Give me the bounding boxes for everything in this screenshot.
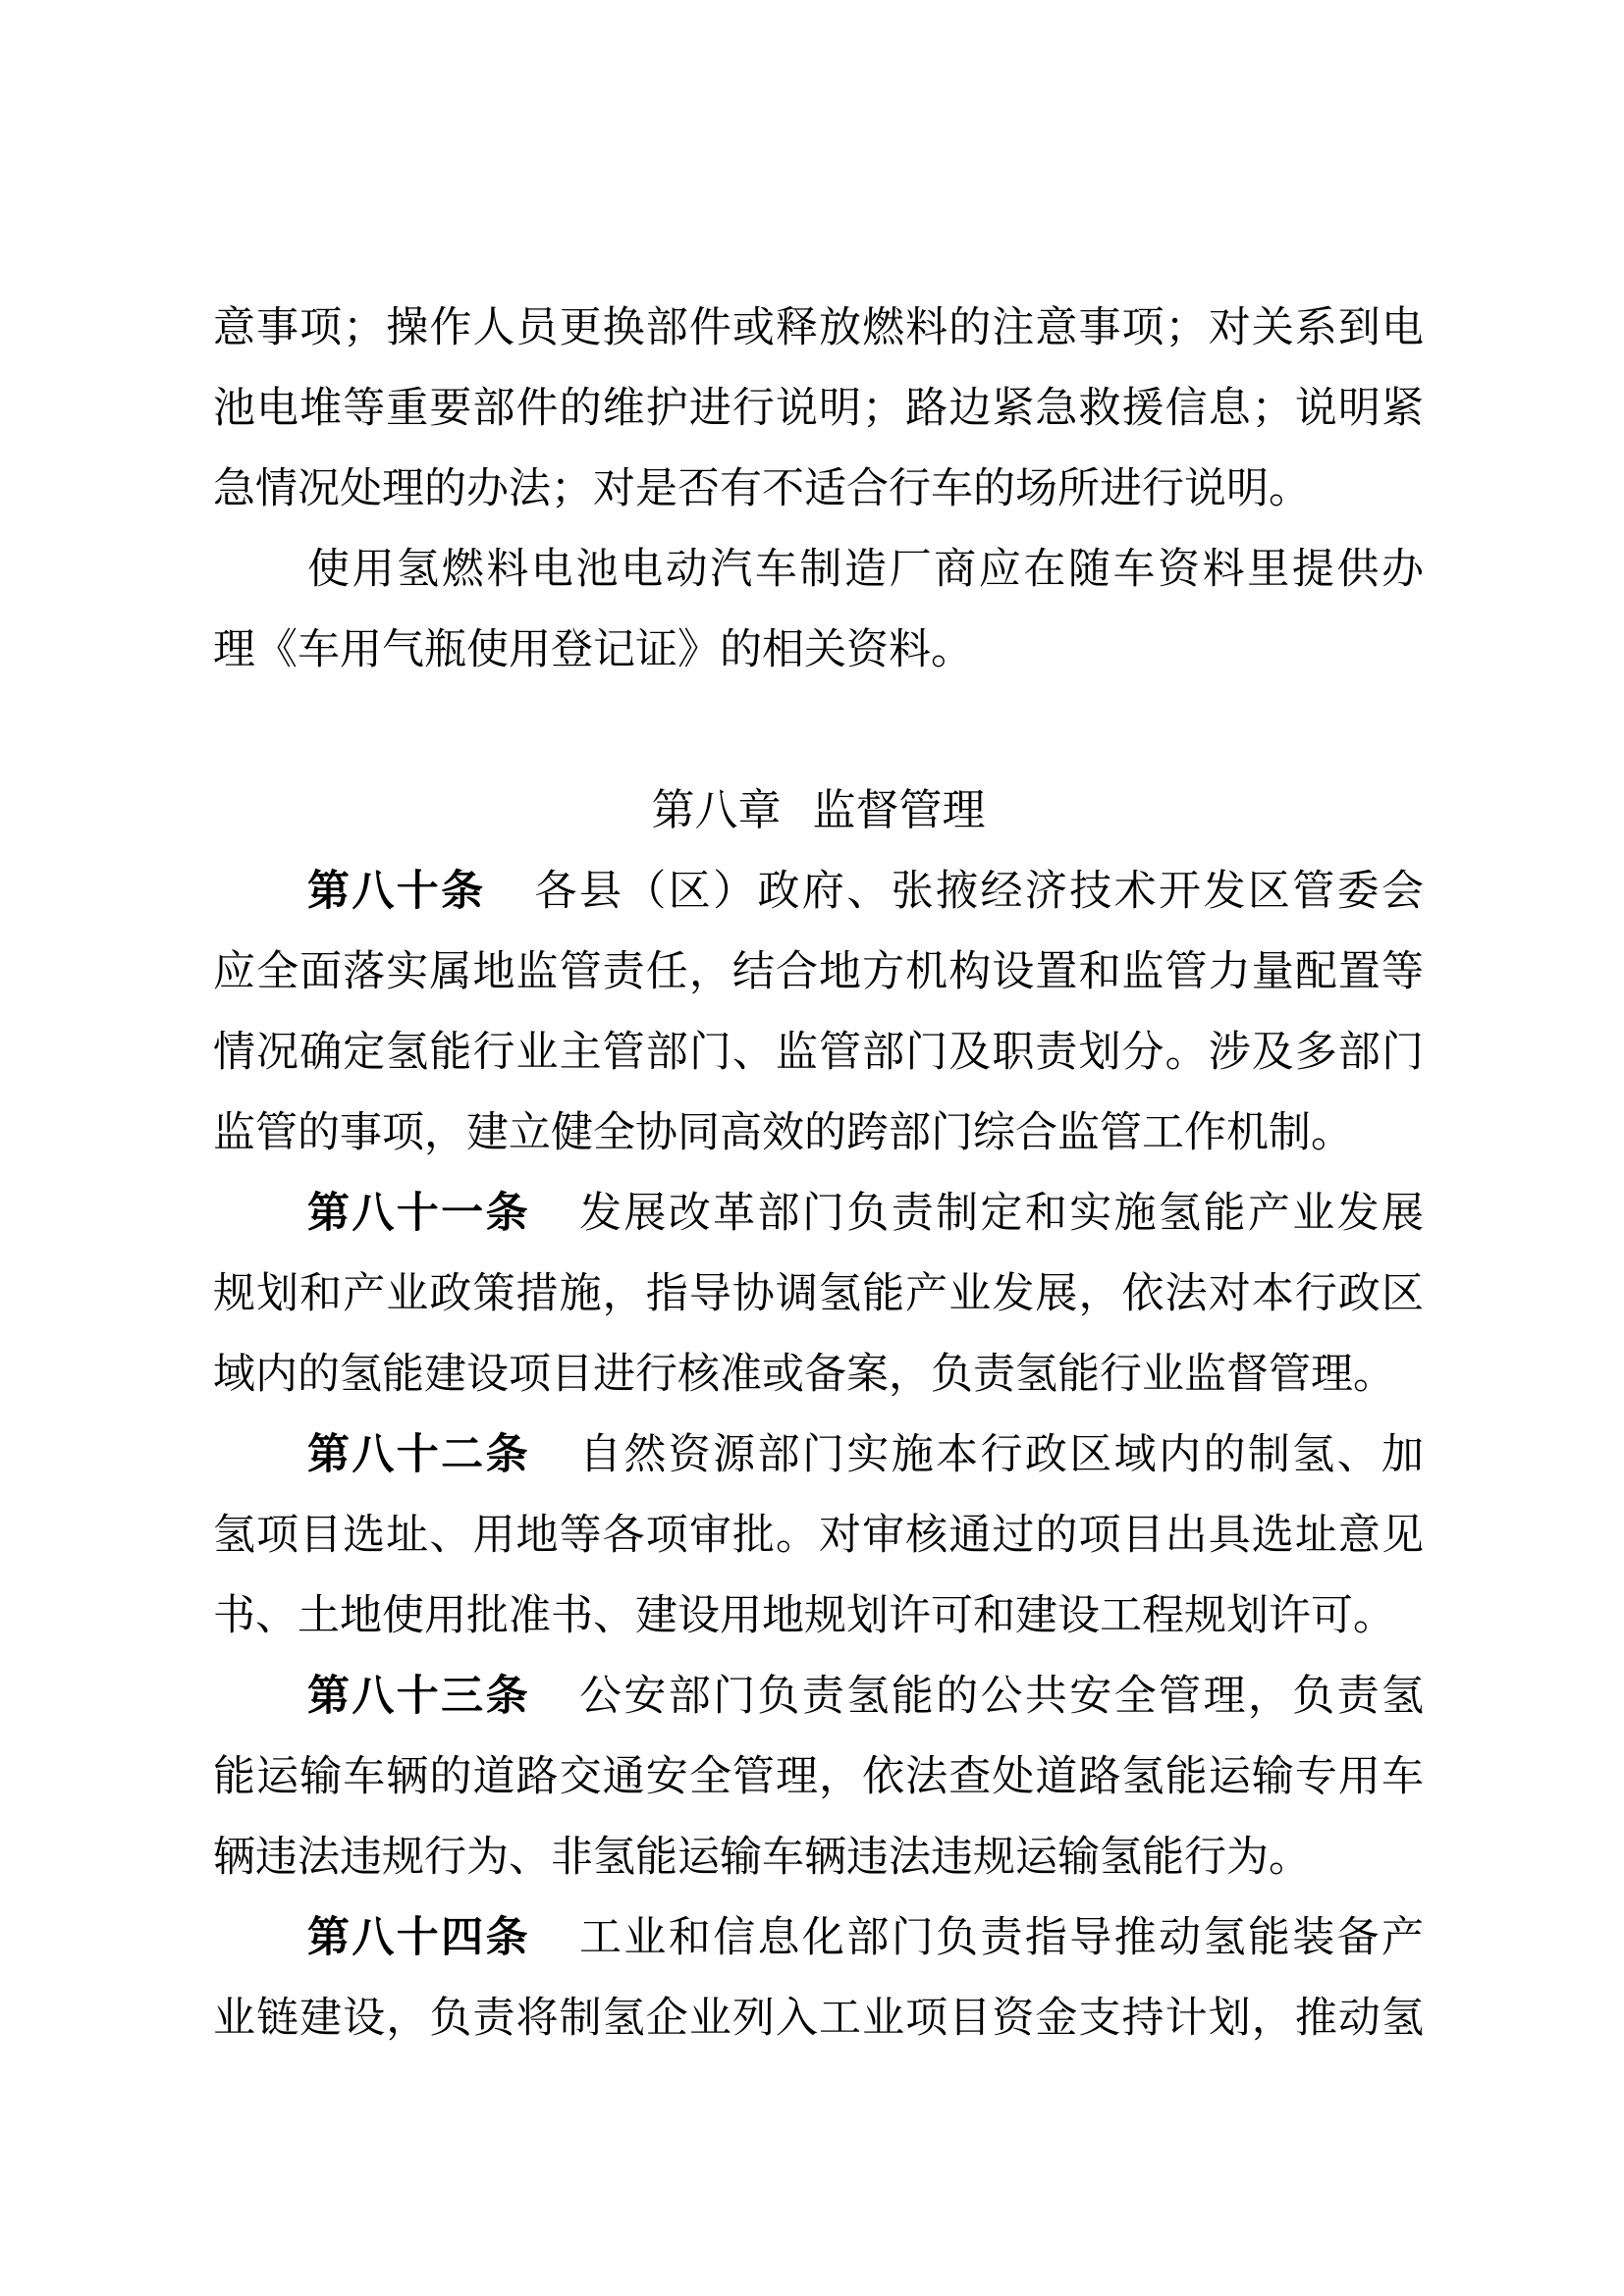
text-line: 规划和产业政策措施，指导协调氢能产业发展，依法对本行政区 — [213, 1254, 1424, 1334]
chapter-number: 第八章 — [652, 786, 782, 834]
article-text: 公安部门负责氢能的公共安全管理，负责氢 — [579, 1673, 1424, 1720]
chapter-title: 监督管理 — [813, 786, 986, 834]
article-82-first-line: 第八十二条自然资源部门实施本行政区域内的制氢、加 — [213, 1415, 1424, 1495]
text-line: 意事项；操作人员更换部件或释放燃料的注意事项；对关系到电 — [213, 288, 1424, 368]
text-line: 急情况处理的办法；对是否有不适合行车的场所进行说明。 — [213, 449, 1424, 529]
text-line: 监管的事项，建立健全协同高效的跨部门综合监管工作机制。 — [213, 1093, 1424, 1173]
chapter-heading: 第八章监督管理 — [213, 771, 1424, 851]
article-number: 第八十四条 — [307, 1914, 530, 1961]
article-80-first-line: 第八十条各县（区）政府、张掖经济技术开发区管委会 — [213, 851, 1424, 932]
article-text: 发展改革部门负责制定和实施氢能产业发展 — [579, 1190, 1424, 1237]
article-number: 第八十三条 — [307, 1673, 530, 1720]
article-text: 各县（区）政府、张掖经济技术开发区管委会 — [535, 868, 1424, 915]
text-line: 理《车用气瓶使用登记证》的相关资料。 — [213, 610, 1424, 690]
blank-line — [213, 690, 1424, 771]
text-line: 应全面落实属地监管责任，结合地方机构设置和监管力量配置等 — [213, 932, 1424, 1012]
text-line: 氢项目选址、用地等各项审批。对审核通过的项目出具选址意见 — [213, 1495, 1424, 1575]
text-line: 池电堆等重要部件的维护进行说明；路边紧急救援信息；说明紧 — [213, 368, 1424, 449]
article-number: 第八十一条 — [307, 1190, 530, 1237]
text-line: 情况确定氢能行业主管部门、监管部门及职责划分。涉及多部门 — [213, 1012, 1424, 1093]
text-line: 业链建设，负责将制氢企业列入工业项目资金支持计划，推动氢 — [213, 1978, 1424, 2058]
text-line: 能运输车辆的道路交通安全管理，依法查处道路氢能运输专用车 — [213, 1736, 1424, 1817]
text-line: 辆违法违规行为、非氢能运输车辆违法违规运输氢能行为。 — [213, 1817, 1424, 1897]
text-line: 使用氢燃料电池电动汽车制造厂商应在随车资料里提供办 — [213, 529, 1424, 610]
document-page: 意事项；操作人员更换部件或释放燃料的注意事项；对关系到电 池电堆等重要部件的维护… — [0, 0, 1624, 2296]
article-number: 第八十二条 — [307, 1431, 530, 1478]
article-number: 第八十条 — [307, 868, 486, 915]
article-83-first-line: 第八十三条公安部门负责氢能的公共安全管理，负责氢 — [213, 1656, 1424, 1736]
text-line: 域内的氢能建设项目进行核准或备案，负责氢能行业监督管理。 — [213, 1334, 1424, 1415]
article-84-first-line: 第八十四条工业和信息化部门负责指导推动氢能装备产 — [213, 1897, 1424, 1978]
article-text: 工业和信息化部门负责指导推动氢能装备产 — [579, 1914, 1424, 1961]
article-81-first-line: 第八十一条发展改革部门负责制定和实施氢能产业发展 — [213, 1173, 1424, 1254]
text-line: 书、土地使用批准书、建设用地规划许可和建设工程规划许可。 — [213, 1575, 1424, 1656]
article-text: 自然资源部门实施本行政区域内的制氢、加 — [579, 1431, 1424, 1478]
page-content: 意事项；操作人员更换部件或释放燃料的注意事项；对关系到电 池电堆等重要部件的维护… — [213, 288, 1424, 2058]
